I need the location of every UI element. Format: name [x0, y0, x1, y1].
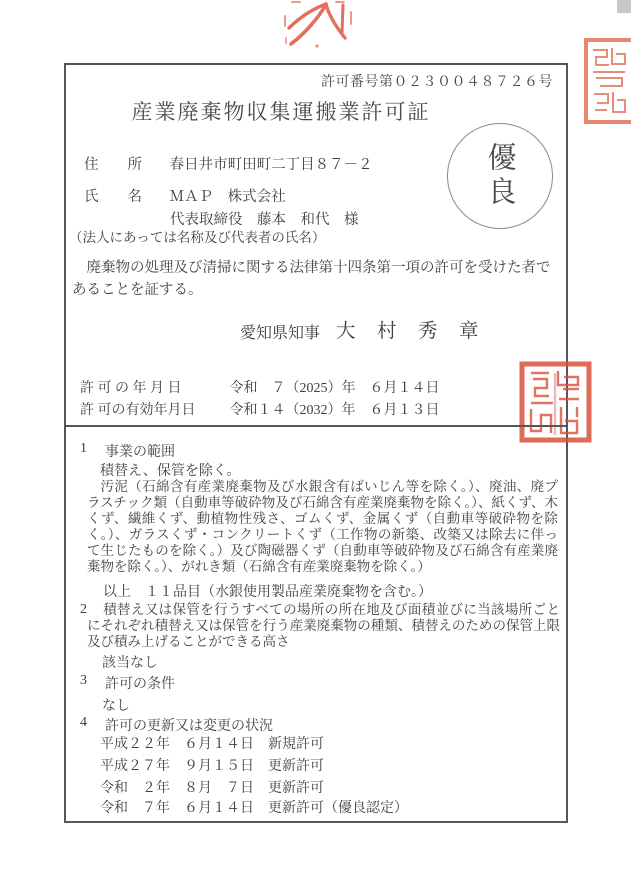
history-entry: 令和 ７年 ６月１４日 更新許可（優良認定）: [100, 797, 408, 817]
corporate-note: （法人にあっては名称及び代表者の氏名）: [69, 226, 325, 246]
name-row: 氏 名 ＭＡＰ 株式会社: [84, 185, 286, 206]
section-3-number: 3: [80, 673, 87, 689]
address-value: 春日井市町田町二丁目８７－２: [170, 157, 373, 173]
section-3-heading: 許可の条件: [105, 673, 175, 693]
section-2-number: 2: [80, 602, 87, 618]
section-2-value: 該当なし: [102, 652, 158, 672]
issue-date-row: 許 可 の 年 月 日 令和 ７（2025）年 ６月１４日: [80, 377, 440, 397]
section-1-heading: 事業の範囲: [105, 441, 175, 461]
section-1-number: 1: [80, 441, 87, 457]
history-entry: 平成２７年 ９月１５日 更新許可: [100, 755, 324, 775]
name-label: 氏 名: [84, 185, 142, 206]
address-row: 住 所 春日井市町田町二丁目８７－２: [84, 153, 373, 174]
history-entry: 令和 ２年 ８月 ７日 更新許可: [100, 777, 324, 797]
address-label: 住 所: [84, 153, 142, 174]
issue-date-label: 許 可 の 年 月 日: [80, 377, 208, 397]
section-2-body: 積替え又は保管を行うすべての場所の所在地及び面積並びに当該場所ごとにそれぞれ積替…: [87, 602, 560, 650]
certification-paragraph: 廃棄物の処理及び清掃に関する法律第十四条第一項の許可を受けた者であることを証する…: [72, 257, 564, 301]
permit-number: 許可番号第０２３００４８７２６号: [321, 71, 553, 91]
issue-date-value: 令和 ７（2025）年 ６月１４日: [230, 381, 440, 396]
section-3-value: なし: [102, 695, 130, 715]
scan-artifact: [617, 0, 631, 13]
issuer-title: 愛知県知事: [240, 320, 320, 343]
expiry-date-label: 許 可の有効年月日: [80, 399, 208, 419]
name-value: ＭＡＰ 株式会社: [170, 189, 286, 205]
section-4-number: 4: [80, 715, 87, 731]
permit-document-page: 許可番号第０２３００４８７２６号 産業廃棄物収集運搬業許可証 優良 住 所 春日…: [0, 0, 631, 893]
excellence-badge: 優良: [447, 123, 553, 229]
section-1-total: 以上 １１品目（水銀使用製品産業廃棄物を含む。）: [103, 581, 432, 601]
expiry-date-row: 許 可の有効年月日 令和１４（2032）年 ６月１３日: [80, 399, 440, 419]
history-entry: 平成２２年 ６月１４日 新規許可: [100, 733, 324, 753]
certificate-border-box: 許可番号第０２３００４８７２６号 産業廃棄物収集運搬業許可証 優良 住 所 春日…: [64, 63, 568, 823]
excellence-badge-label: 優良: [480, 142, 521, 210]
document-title: 産業廃棄物収集運搬業許可証: [66, 96, 496, 126]
receipt-seal-icon: [584, 38, 631, 129]
issuer-name: 大 村 秀 章: [336, 315, 480, 343]
section-4-heading: 許可の更新又は変更の状況: [105, 715, 273, 735]
top-partial-stamp-icon: [281, 0, 355, 55]
issuer-row: 愛知県知事 大 村 秀 章: [240, 317, 480, 343]
section-divider: [66, 425, 566, 427]
expiry-date-value: 令和１４（2032）年 ６月１３日: [230, 403, 440, 418]
governor-seal-icon: [519, 361, 592, 448]
section-1-subnote: 積替え、保管を除く。: [100, 460, 241, 480]
section-1-body: 汚泥（石綿含有産業廃棄物及び水銀含有ばいじん等を除く。）、廃油、廃プラスチック類…: [87, 479, 558, 575]
